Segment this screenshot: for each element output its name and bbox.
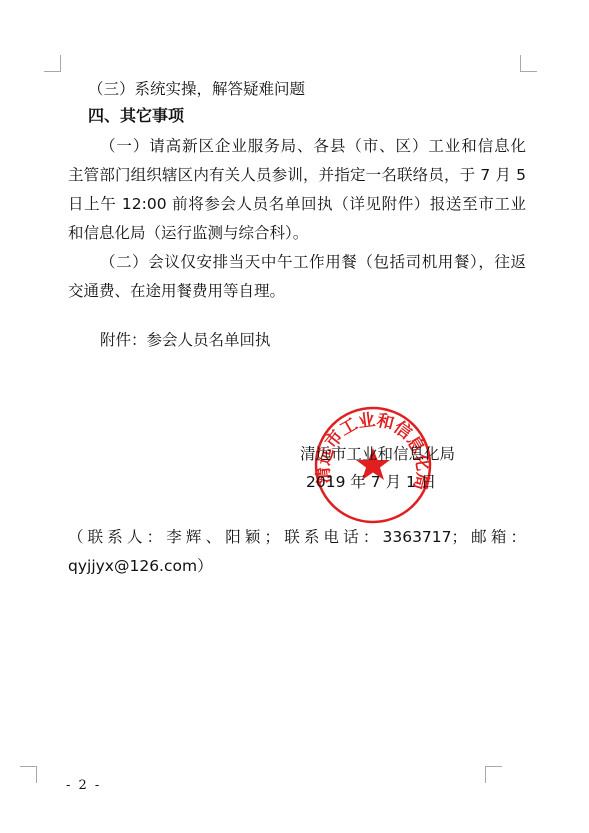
paragraph-2-line-2: 交通费、在途用餐费用等自理。 bbox=[68, 281, 285, 301]
official-seal-icon: 清远市工业和信息化局 bbox=[313, 405, 433, 525]
margin-corner-top-left bbox=[44, 55, 61, 72]
section-4-heading: 四、其它事项 bbox=[88, 106, 184, 126]
attachment-note: 附件：参会人员名单回执 bbox=[100, 330, 271, 350]
signing-organization: 清远市工业和信息化局 bbox=[300, 444, 455, 464]
paragraph-2-line-1: （二）会议仅安排当天中午工作用餐（包括司机用餐），往返 bbox=[100, 252, 526, 272]
item-3-text: （三）系统实操，解答疑难问题 bbox=[88, 79, 305, 99]
paragraph-1-line-2: 主管部门组织辖区内有关人员参训，并指定一名联络员，于 7 月 5 bbox=[68, 165, 526, 185]
signing-date: 2019 年 7 月 1 日 bbox=[306, 472, 436, 492]
page-number: - 2 - bbox=[66, 778, 101, 793]
contact-line-2: qyjjyx@126.com） bbox=[68, 556, 213, 576]
margin-corner-bottom-right bbox=[485, 766, 502, 783]
margin-corner-top-right bbox=[520, 55, 537, 72]
paragraph-1-line-4: 和信息化局（运行监测与综合科）。 bbox=[68, 223, 308, 243]
paragraph-1-line-1: （一）请高新区企业服务局、各县（市、区）工业和信息化 bbox=[100, 136, 526, 156]
paragraph-1-line-3: 日上午 12:00 前将参会人员名单回执（详见附件）报送至市工业 bbox=[68, 194, 526, 214]
margin-corner-bottom-left bbox=[20, 766, 37, 783]
contact-line-1: （联系人：李辉、阳颖；联系电话：3363717；邮箱： bbox=[68, 527, 526, 547]
